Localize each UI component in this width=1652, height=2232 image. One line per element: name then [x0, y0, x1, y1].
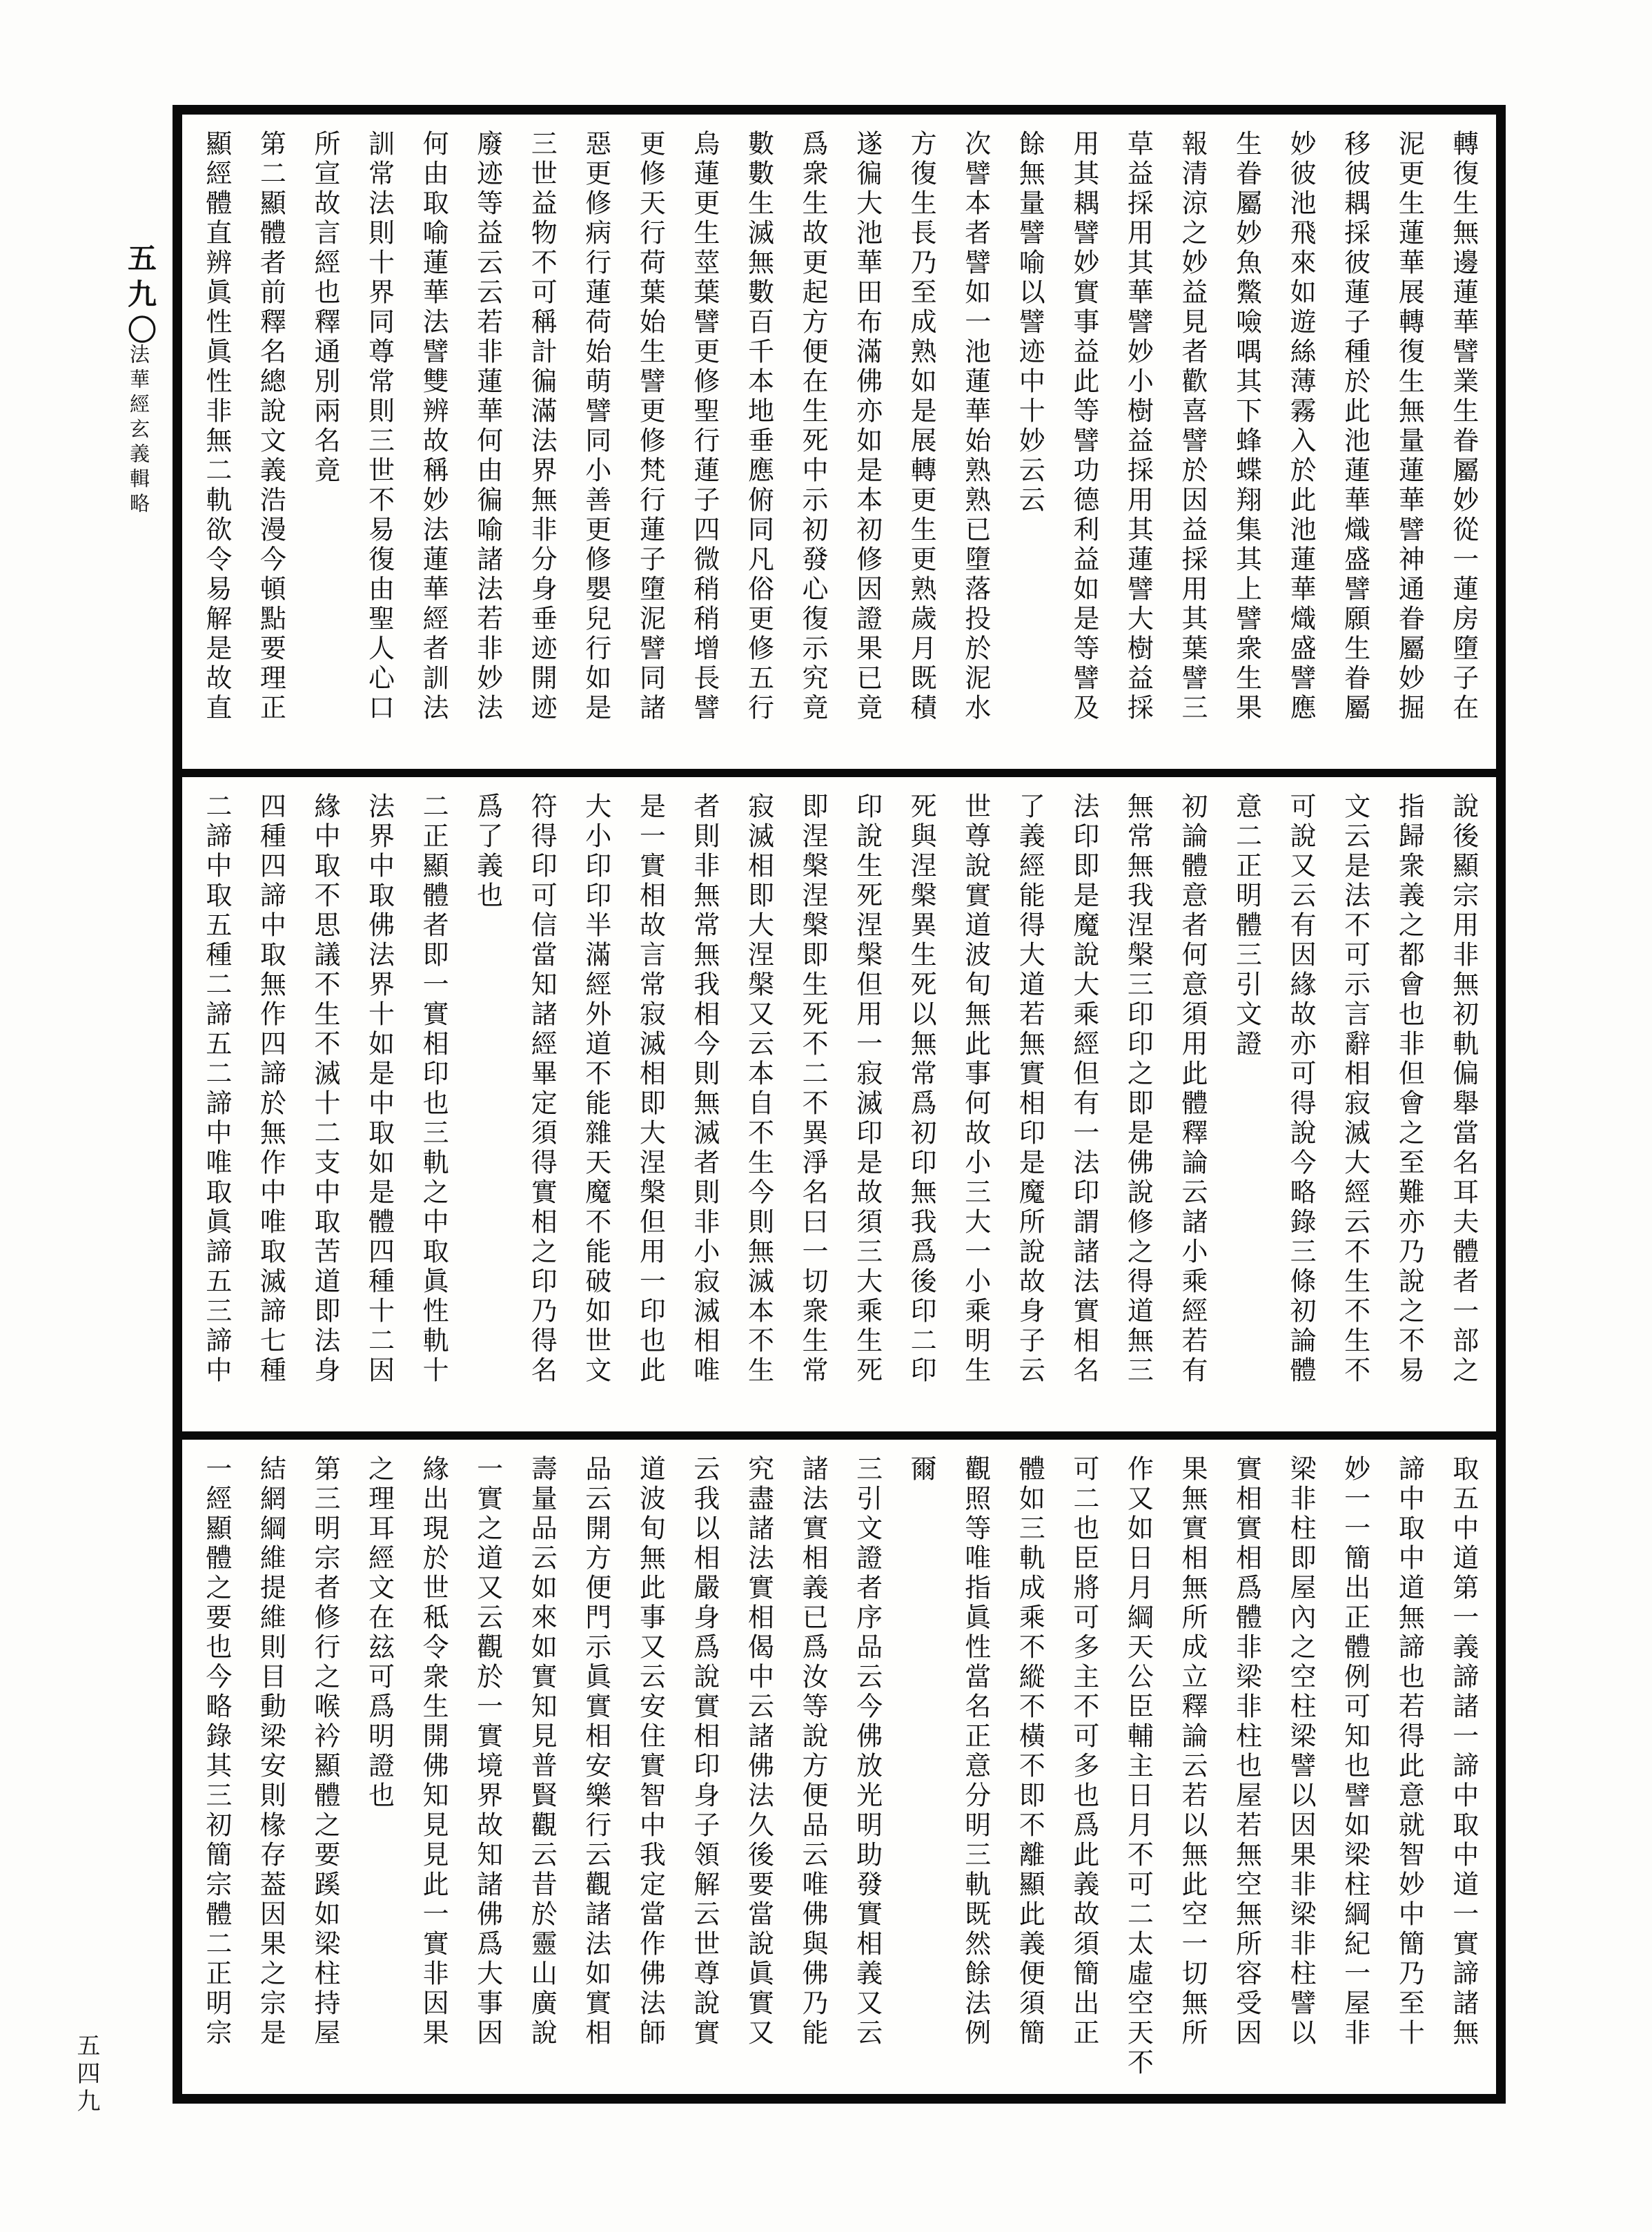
text-column: 泥更生蓮華展轉復生無量蓮華譬神通眷屬妙掘 [1393, 130, 1424, 769]
text-column: 寂滅相即大涅槃又云本自不生今則無滅本不生 [743, 792, 774, 1431]
text-column: 方復生長乃至成熟如是展轉更生更熟歲月既積 [905, 130, 936, 769]
text-column: 二諦中取五種二諦五二諦中唯取眞諦五三諦中 [200, 792, 231, 1431]
margin-page-number: 五四九 [69, 2033, 103, 2116]
text-column: 數數生滅無數百千本地垂應俯同凡俗更修五行 [743, 130, 774, 769]
text-column: 云我以相嚴身爲說實相印身子領解云世尊說實 [688, 1455, 719, 2094]
text-column: 壽量品云如來如實知見普賢觀云昔於靈山廣說 [525, 1455, 556, 2094]
text-column: 了義經能得大道若無實相印是魔所說故身子云 [1013, 792, 1044, 1431]
text-column: 是一實相故言常寂滅相即大涅槃但用一印也此 [634, 792, 665, 1431]
text-column: 用其耦譬妙實事益此等譬功德利益如是等譬及 [1068, 130, 1099, 769]
text-column: 體如三軌成乘不縱不橫不即不離顯此義便須簡 [1013, 1455, 1044, 2094]
text-column: 可說又云有因緣故亦可得說今略錄三條初論體 [1284, 792, 1315, 1431]
text-column: 初論體意者何意須用此體釋論云諸小乘經若有 [1176, 792, 1207, 1431]
text-column: 更修天行荷葉始生譬更修梵行蓮子墮泥譬同諸 [634, 130, 665, 769]
text-column: 爲衆生故更起方便在生死中示初發心復示究竟 [796, 130, 827, 769]
text-column: 究盡諸法實相偈中云諸佛法久後要當說眞實又 [743, 1455, 774, 2094]
text-register-top: 轉復生無邊蓮華譬業生眷屬妙從一蓮房墮子在泥更生蓮華展轉復生無量蓮華譬神通眷屬妙掘… [182, 115, 1496, 769]
text-column: 梁非柱即屋內之空柱梁譬以因果非梁非柱譬以 [1284, 1455, 1315, 2094]
margin-folio-number: 五九〇 [119, 243, 160, 351]
text-column: 第二顯體者前釋名總說文義浩漫今頓點要理正 [255, 130, 286, 769]
margin-series-title: 法華經玄義輯略 [124, 344, 153, 518]
text-column: 者則非無常無我相今則無滅者則非小寂滅相唯 [688, 792, 719, 1431]
text-column: 法界中取佛法界十如是中取如是體四種十二因 [363, 792, 394, 1431]
text-column: 道波旬無此事又云安住實智中我定當作佛法師 [634, 1455, 665, 2094]
text-column: 諦中取中道無諦也若得此意就智妙中簡乃至十 [1393, 1455, 1424, 2094]
text-column: 大小印印半滿經外道不能雜天魔不能破如世文 [580, 792, 611, 1431]
text-column: 生眷屬妙魚鱉噞喁其下蜂蝶翔集其上譬衆生果 [1230, 130, 1261, 769]
text-column: 移彼耦採彼蓮子種於此池蓮華熾盛譬願生眷屬 [1339, 130, 1370, 769]
text-column: 惡更修病行蓮荷始萌譬同小善更修嬰兒行如是 [580, 130, 611, 769]
text-column: 符得印可信當知諸經畢定須得實相之印乃得名 [525, 792, 556, 1431]
text-column: 世尊說實道波旬無此事何故小三大一小乘明生 [959, 792, 990, 1431]
text-column: 之理耳經文在玆可爲明證也 [363, 1455, 394, 2094]
text-column: 所宣故言經也釋通別兩名竟 [308, 130, 340, 769]
text-column: 一經顯體之要也今略錄其三初簡宗體二正明宗 [200, 1455, 231, 2094]
text-column: 廢迹等益云云若非蓮華何由徧喻諸法若非妙法 [471, 130, 502, 769]
text-column: 印說生死涅槃但用一寂滅印是故須三大乘生死 [851, 792, 882, 1431]
text-column: 作又如日月綱天公臣輔主日月不可二太虛空天不 [1122, 1455, 1153, 2094]
text-column: 取五中道第一義諦諸一諦中取中道一實諦諸無 [1447, 1455, 1478, 2094]
text-column: 次譬本者譬如一池蓮華始熟熟已墮落投於泥水 [959, 130, 990, 769]
text-column: 說後顯宗用非無初軌偏舉當名耳夫體者一部之 [1447, 792, 1478, 1431]
text-column: 四種四諦中取無作四諦於無作中唯取滅諦七種 [255, 792, 286, 1431]
text-column: 草益採用其華譬妙小樹益採用其蓮譬大樹益採 [1122, 130, 1153, 769]
text-column: 轉復生無邊蓮華譬業生眷屬妙從一蓮房墮子在 [1447, 130, 1478, 769]
text-column: 三引文證者序品云今佛放光明助發實相義又云 [851, 1455, 882, 2094]
text-column: 妙一一簡出正體例可知也譬如梁柱綱紀一屋非 [1339, 1455, 1370, 2094]
text-column: 烏蓮更生莖葉譬更修聖行蓮子四微稍稍增長譬 [688, 130, 719, 769]
text-column: 實相實相爲體非梁非柱也屋若無空無所容受因 [1230, 1455, 1261, 2094]
scanned-page: 五九〇 法華經玄義輯略 五四九 轉復生無邊蓮華譬業生眷屬妙從一蓮房墮子在泥更生蓮… [0, 0, 1652, 2232]
text-column: 品云開方便門示眞實相安樂行云觀諸法如實相 [580, 1455, 611, 2094]
text-column: 法印即是魔說大乘經但有一法印謂諸法實相名 [1068, 792, 1099, 1431]
text-column: 觀照等唯指眞性當名正意分明三軌既然餘法例 [959, 1455, 990, 2094]
text-column: 果無實相無所成立釋論云若以無此空一切無所 [1176, 1455, 1207, 2094]
text-column: 即涅槃涅槃即生死不二不異淨名曰一切衆生常 [796, 792, 827, 1431]
register-divider [182, 769, 1496, 777]
text-column: 訓常法則十界同尊常則三世不易復由聖人心口 [363, 130, 394, 769]
text-column: 顯經體直辨眞性眞性非無二軌欲令易解是故直 [200, 130, 231, 769]
text-frame: 轉復生無邊蓮華譬業生眷屬妙從一蓮房墮子在泥更生蓮華展轉復生無量蓮華譬神通眷屬妙掘… [173, 105, 1506, 2104]
text-column: 指歸衆義之都會也非但會之至難亦乃說之不易 [1393, 792, 1424, 1431]
text-column: 第三明宗者修行之喉衿顯體之要蹊如梁柱持屋 [308, 1455, 340, 2094]
text-column: 文云是法不可示言辭相寂滅大經云不生不生不 [1339, 792, 1370, 1431]
text-column: 二正顯體者即一實相印也三軌之中取眞性軌十 [417, 792, 448, 1431]
text-column: 意二正明體三引文證 [1230, 792, 1261, 1431]
text-column: 爲了義也 [471, 792, 502, 1431]
text-column: 一實之道又云觀於一實境界故知諸佛爲大事因 [471, 1455, 502, 2094]
text-column: 諸法實相義已爲汝等說方便品云唯佛與佛乃能 [796, 1455, 827, 2094]
text-column: 何由取喻蓮華法譬雙辨故稱妙法蓮華經者訓法 [417, 130, 448, 769]
text-column: 可二也臣將可多主不可多也爲此義故須簡出正 [1068, 1455, 1099, 2094]
register-divider [182, 1431, 1496, 1440]
text-column: 三世益物不可稱計徧滿法界無非分身垂迹開迹 [525, 130, 556, 769]
text-column: 報清涼之妙益見者歡喜譬於因益採用其葉譬三 [1176, 130, 1207, 769]
text-column: 餘無量譬喻以譬迹中十妙云云 [1013, 130, 1044, 769]
text-column: 緣出現於世秪令衆生開佛知見見此一實非因果 [417, 1455, 448, 2094]
text-column: 死與涅槃異生死以無常爲初印無我爲後印二印 [905, 792, 936, 1431]
text-column: 結網綱維提維則目動梁安則椽存葢因果之宗是 [255, 1455, 286, 2094]
text-column: 無常無我涅槃三印印之即是佛說修之得道無三 [1122, 792, 1153, 1431]
text-register-middle: 說後顯宗用非無初軌偏舉當名耳夫體者一部之指歸衆義之都會也非但會之至難亦乃說之不易… [182, 777, 1496, 1431]
text-column: 爾 [905, 1455, 936, 2094]
text-register-bottom: 取五中道第一義諦諸一諦中取中道一實諦諸無諦中取中道無諦也若得此意就智妙中簡乃至十… [182, 1440, 1496, 2094]
text-column: 緣中取不思議不生不滅十二支中取苦道即法身 [308, 792, 340, 1431]
text-column: 妙彼池飛來如遊絲薄霧入於此池蓮華熾盛譬應 [1284, 130, 1315, 769]
text-column: 遂徧大池華田布滿佛亦如是本初修因證果已竟 [851, 130, 882, 769]
